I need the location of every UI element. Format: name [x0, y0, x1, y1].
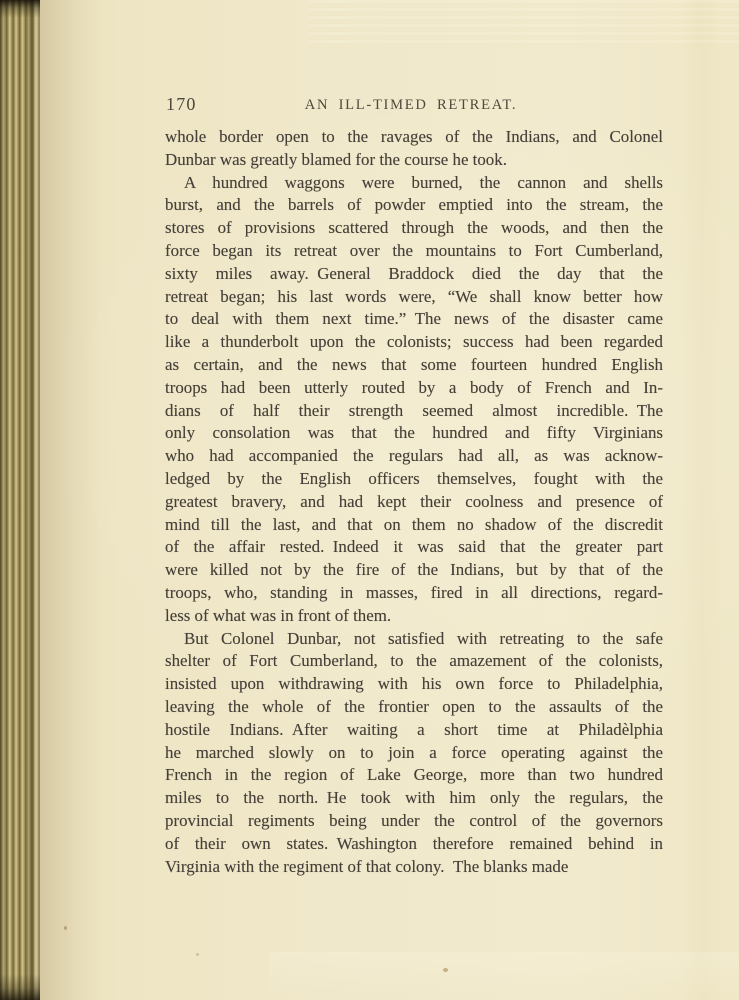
text-line: troops had been utterly routed by a body…	[165, 377, 663, 400]
book-binding-page-edges	[0, 0, 40, 1000]
paper-streaks-top	[309, 0, 739, 48]
text-line: like a thunderbolt upon the colonists; s…	[165, 331, 663, 354]
paper-speck	[443, 968, 448, 972]
paragraph: A hundred waggons were burned, the canno…	[165, 172, 663, 628]
text-line: only consolation was that the hundred an…	[165, 422, 663, 445]
text-line: Virginia with the regiment of that colon…	[165, 856, 663, 879]
text-line: force began its retreat over the mountai…	[165, 240, 663, 263]
text-line: miles to the north. He took with him onl…	[165, 787, 663, 810]
text-line: ledged by the English officers themselve…	[165, 468, 663, 491]
text-line: provincial regiments being under the con…	[165, 810, 663, 833]
text-line: as certain, and the news that some fourt…	[165, 354, 663, 377]
running-head-title: AN ILL-TIMED RETREAT.	[165, 97, 657, 114]
gutter-shadow	[40, 0, 100, 1000]
text-line: A hundred waggons were burned, the canno…	[165, 172, 663, 195]
paragraph: But Colonel Dunbar, not satisfied with r…	[165, 628, 663, 879]
text-line: mind till the last, and that on them no …	[165, 514, 663, 537]
text-line: insisted upon withdrawing with his own f…	[165, 673, 663, 696]
paragraph: whole border open to the ravages of the …	[165, 126, 663, 172]
text-line: were killed not by the fire of the India…	[165, 559, 663, 582]
page-header: 170 AN ILL-TIMED RETREAT.	[165, 94, 663, 116]
text-block: whole border open to the ravages of the …	[165, 126, 663, 878]
text-line: less of what was in front of them.	[165, 605, 663, 628]
text-line: shelter of Fort Cumberland, to the amaze…	[165, 650, 663, 673]
text-line: hostile Indians. After waiting a short t…	[165, 719, 663, 742]
text-line: whole border open to the ravages of the …	[165, 126, 663, 149]
paper-speck	[64, 926, 67, 930]
text-line: greatest bravery, and had kept their coo…	[165, 491, 663, 514]
paper-speck	[196, 953, 199, 956]
paper-streak-right	[679, 0, 725, 1000]
text-line: he marched slowly on to join a force ope…	[165, 742, 663, 765]
text-line: stores of provisions scattered through t…	[165, 217, 663, 240]
text-line: sixty miles away. General Braddock died …	[165, 263, 663, 286]
text-line: who had accompanied the regulars had all…	[165, 445, 663, 468]
text-line: leaving the whole of the frontier open t…	[165, 696, 663, 719]
text-line: French in the region of Lake George, mor…	[165, 764, 663, 787]
text-line: But Colonel Dunbar, not satisfied with r…	[165, 628, 663, 651]
text-line: burst, and the barrels of powder emptied…	[165, 194, 663, 217]
paper-light-band-bottom	[269, 952, 739, 996]
text-line: retreat began; his last words were, “We …	[165, 286, 663, 309]
text-line: of their own states. Washington therefor…	[165, 833, 663, 856]
text-line: of the affair rested. Indeed it was said…	[165, 536, 663, 559]
text-line: troops, who, standing in masses, fired i…	[165, 582, 663, 605]
text-line: dians of half their strength seemed almo…	[165, 400, 663, 423]
text-line: Dunbar was greatly blamed for the course…	[165, 149, 663, 172]
text-line: to deal with them next time.” The news o…	[165, 308, 663, 331]
scanned-book-page: 170 AN ILL-TIMED RETREAT. whole border o…	[0, 0, 739, 1000]
